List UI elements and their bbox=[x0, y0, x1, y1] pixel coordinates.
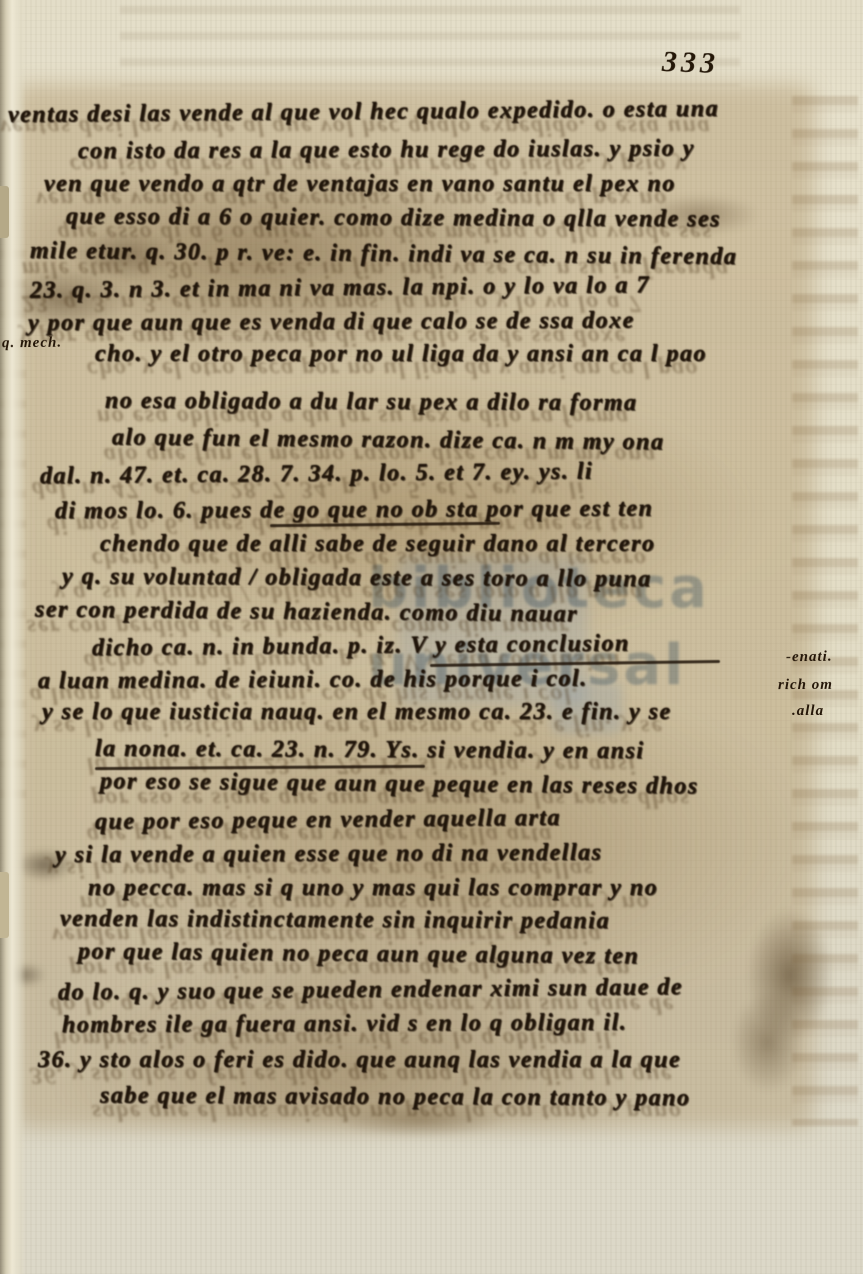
manuscript-line: que esso di a 6 o quier. como dize medin… bbox=[66, 205, 721, 232]
folio-number: 333 bbox=[661, 47, 719, 79]
manuscript-line: y q. su voluntad / obligada este a ses t… bbox=[62, 565, 652, 592]
manuscript-line: mile etur. q. 30. p r. ve: e. in fin. in… bbox=[30, 239, 738, 269]
manuscript-line: venden las indistinctamente sin inquirir… bbox=[60, 907, 610, 933]
manuscript-line: di mos lo. 6. pues de go que no ob sta p… bbox=[55, 497, 653, 524]
manuscript-line: a luan medina. de ieiuni. co. de his por… bbox=[38, 667, 588, 693]
manuscript-line: 36. y sto alos o feri es dido. que aunq … bbox=[38, 1048, 681, 1072]
manuscript-line: sabe que el mas avisado no peca la con t… bbox=[100, 1084, 691, 1111]
margin-note-right: .alla bbox=[792, 704, 824, 719]
manuscript-line: ventas desi las vende al que vol hec qua… bbox=[8, 97, 719, 127]
manuscript-line: no pecca. mas si q uno y mas qui las com… bbox=[88, 876, 658, 900]
manuscript-line: no esa obligado a du lar su pex a dilo r… bbox=[105, 389, 638, 415]
manuscript-line: la nona. et. ca. 23. n. 79. Ys. si vendi… bbox=[95, 737, 645, 763]
margin-note-left: q. mech. bbox=[2, 336, 62, 352]
manuscript-line: ven que vendo a qtr de ventajas en vano … bbox=[44, 172, 676, 196]
manuscript-line: dal. n. 47. et. ca. 28. 7. 34. p. lo. 5.… bbox=[40, 460, 593, 489]
manuscript-line: ser con perdida de su hazienda. como diu… bbox=[35, 598, 578, 627]
manuscript-line: 23. q. 3. n 3. et in ma ni va mas. la np… bbox=[30, 273, 650, 302]
manuscript-line: y se lo que iusticia nauq. en el mesmo c… bbox=[42, 700, 672, 724]
manuscript-line: alo que fun el mesmo razon. dize ca. n m… bbox=[112, 426, 665, 455]
margin-note-right: rich om bbox=[778, 678, 833, 693]
manuscript-line: hombres ile ga fuera ansi. vid s en lo q… bbox=[62, 1011, 627, 1037]
manuscript-line: dicho ca. n. in bunda. p. iz. V y esta c… bbox=[92, 632, 630, 661]
manuscript-line: chendo que de alli sabe de seguir dano a… bbox=[100, 532, 655, 556]
binding-tab bbox=[0, 872, 9, 938]
manuscript-line: con isto da res a la que esto hu rege do… bbox=[78, 137, 695, 164]
manuscript-scan: biblioteca universal ventas desi las ven… bbox=[0, 0, 863, 1274]
manuscript-line: cho. y el otro peca por no ul liga da y … bbox=[95, 342, 707, 366]
manuscript-line: por eso se sigue que aun que peque en la… bbox=[100, 769, 699, 798]
manuscript-line: do lo. q. y suo que se pueden endenar xi… bbox=[58, 975, 683, 1004]
manuscript-line: que por eso peque en vender aquella arta bbox=[95, 806, 561, 834]
manuscript-line: y por que aun que es venda di que calo s… bbox=[28, 309, 635, 336]
manuscript-line: por que las quien no peca aun que alguna… bbox=[78, 940, 640, 969]
margin-note-right: -enati. bbox=[786, 650, 833, 665]
binding-tab bbox=[0, 186, 9, 238]
manuscript-line: y si la vende a quien esse que no di na … bbox=[55, 841, 603, 867]
